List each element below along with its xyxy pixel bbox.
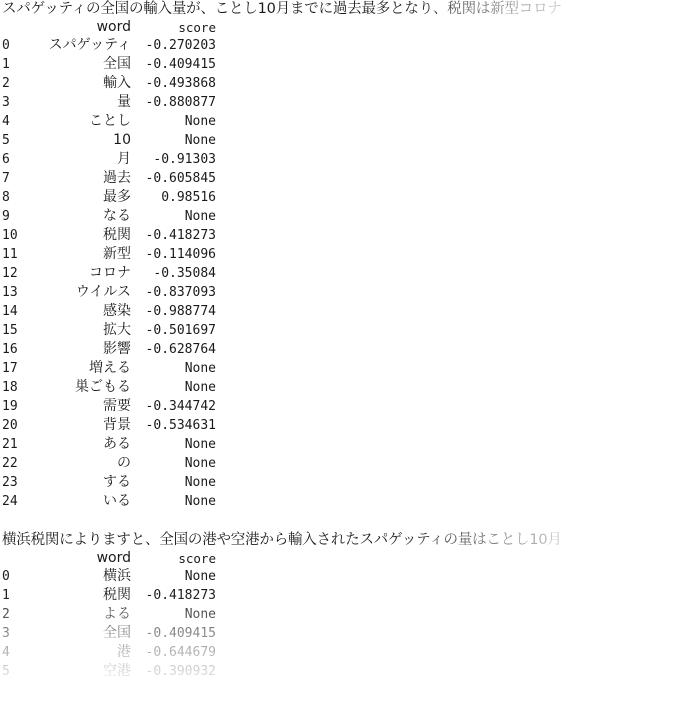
sentence-block-1: スパゲッティの全国の輸入量が、ことし10月までに過去最多となり、税関は新型コロナ… [0,0,680,511]
row-index: 3 [2,624,32,643]
table-row: 6月-0.91303 [0,150,680,169]
table-row: 15拡大-0.501697 [0,321,680,340]
score-cell: -0.270203 [146,36,216,55]
score-cell: -0.35084 [153,264,216,283]
table-row: 3全国-0.409415 [0,624,680,643]
table-row: 4港-0.644679 [0,643,680,662]
word-cell: 影響 [103,340,131,359]
word-cell: ウイルス [76,283,131,302]
row-index: 5 [2,131,32,150]
score-cell: -0.605845 [146,169,216,188]
table-row: 13ウイルス-0.837093 [0,283,680,302]
table-row: 22のNone [0,454,680,473]
table-row: 0スパゲッティ-0.270203 [0,36,680,55]
table-row: 0横浜None [0,567,680,586]
row-index: 22 [2,454,32,473]
row-index: 18 [2,378,32,397]
table-row: 12コロナ-0.35084 [0,264,680,283]
table-body: 0スパゲッティ-0.2702031全国-0.4094152輸入-0.493868… [0,36,680,511]
table-row: 510None [0,131,680,150]
row-index: 23 [2,473,32,492]
score-cell: None [185,112,216,131]
score-cell: None [185,567,216,586]
sentence-block-2: 横浜税関によりますと、全国の港や空港から輸入されたスパゲッティの量はことし10月… [0,531,680,681]
row-index: 0 [2,567,32,586]
column-header-word: word [97,19,131,36]
row-index: 8 [2,188,32,207]
score-cell: -0.91303 [153,150,216,169]
table-body: 0横浜None1税関-0.4182732よるNone3全国-0.4094154港… [0,567,680,681]
table-row: 14感染-0.988774 [0,302,680,321]
row-index: 2 [2,74,32,93]
row-index: 1 [2,55,32,74]
word-cell: 税関 [103,226,131,245]
score-cell: None [185,454,216,473]
row-index: 4 [2,112,32,131]
table-row: 19需要-0.344742 [0,397,680,416]
word-cell: 背景 [103,416,131,435]
word-cell: スパゲッティ [49,36,131,55]
word-cell: 需要 [103,397,131,416]
word-cell: 巣ごもる [75,378,131,397]
table-row: 1全国-0.409415 [0,55,680,74]
table-row: 17増えるNone [0,359,680,378]
row-index: 3 [2,93,32,112]
score-cell: None [185,435,216,454]
score-cell: None [185,359,216,378]
score-cell: -0.418273 [146,586,216,605]
score-cell: -0.988774 [146,302,216,321]
column-header-score: score [178,550,216,567]
table-header: word score [0,550,680,567]
score-cell: -0.628764 [146,340,216,359]
word-cell: よる [103,605,131,624]
word-cell: コロナ [89,264,131,283]
row-index: 10 [2,226,32,245]
row-index: 2 [2,605,32,624]
row-index: 1 [2,586,32,605]
word-cell: 月 [117,150,131,169]
word-cell: 10 [113,131,131,150]
score-cell: -0.418273 [146,226,216,245]
table-row: 7過去-0.605845 [0,169,680,188]
score-cell: None [185,605,216,624]
score-cell: None [185,131,216,150]
word-cell: 全国 [103,55,131,74]
table-header: word score [0,19,680,36]
word-cell: 新型 [103,245,131,264]
score-cell: -0.344742 [146,397,216,416]
word-cell: ある [103,435,131,454]
table-row: 10税関-0.418273 [0,226,680,245]
row-index: 16 [2,340,32,359]
table-row: 11新型-0.114096 [0,245,680,264]
word-cell: 税関 [103,586,131,605]
row-index: 11 [2,245,32,264]
score-cell: 0.98516 [161,188,216,207]
table-row: 5空港-0.390932 [0,662,680,681]
table-row: 20背景-0.534631 [0,416,680,435]
score-cell: -0.880877 [146,93,216,112]
word-cell: 過去 [103,169,131,188]
word-cell: いる [103,492,131,511]
score-cell: None [185,207,216,226]
row-index: 14 [2,302,32,321]
word-cell: 最多 [103,188,131,207]
row-index: 7 [2,169,32,188]
table-row: 8最多0.98516 [0,188,680,207]
word-cell: 横浜 [103,567,131,586]
row-index: 6 [2,150,32,169]
word-cell: ことし [89,112,131,131]
row-index: 13 [2,283,32,302]
table-row: 2よるNone [0,605,680,624]
score-cell: -0.409415 [146,624,216,643]
word-cell: する [103,473,131,492]
score-cell: -0.837093 [146,283,216,302]
row-index: 9 [2,207,32,226]
score-cell: -0.501697 [146,321,216,340]
row-index: 21 [2,435,32,454]
score-cell: None [185,378,216,397]
table-row: 3量-0.880877 [0,93,680,112]
table-row: 2輸入-0.493868 [0,74,680,93]
score-cell: -0.534631 [146,416,216,435]
table-row: 23するNone [0,473,680,492]
table-row: 21あるNone [0,435,680,454]
table-row: 1税関-0.418273 [0,586,680,605]
row-index: 20 [2,416,32,435]
table-row: 16影響-0.628764 [0,340,680,359]
word-cell: の [117,454,131,473]
row-index: 12 [2,264,32,283]
score-cell: -0.493868 [146,74,216,93]
word-cell: なる [103,207,131,226]
row-index: 15 [2,321,32,340]
row-index: 19 [2,397,32,416]
column-header-score: score [178,19,216,36]
score-cell: None [185,473,216,492]
row-index: 4 [2,643,32,662]
word-cell: 空港 [103,662,131,681]
word-cell: 輸入 [103,74,131,93]
row-index: 17 [2,359,32,378]
row-index: 24 [2,492,32,511]
table-row: 9なるNone [0,207,680,226]
word-cell: 全国 [103,624,131,643]
score-cell: None [185,492,216,511]
table-row: 4ことしNone [0,112,680,131]
score-cell: -0.644679 [146,643,216,662]
word-cell: 量 [117,93,131,112]
row-index: 5 [2,662,32,681]
score-cell: -0.390932 [146,662,216,681]
word-cell: 拡大 [103,321,131,340]
table-row: 18巣ごもるNone [0,378,680,397]
word-cell: 港 [117,643,131,662]
score-cell: -0.114096 [146,245,216,264]
score-cell: -0.409415 [146,55,216,74]
notebook-output: スパゲッティの全国の輸入量が、ことし10月までに過去最多となり、税関は新型コロナ… [0,0,680,681]
sentence-text: 横浜税関によりますと、全国の港や空港から輸入されたスパゲッティの量はことし10月 [0,531,680,550]
table-row: 24いるNone [0,492,680,511]
word-cell: 増える [89,359,131,378]
sentence-text: スパゲッティの全国の輸入量が、ことし10月までに過去最多となり、税関は新型コロナ [0,0,680,19]
column-header-word: word [97,550,131,567]
row-index: 0 [2,36,32,55]
word-cell: 感染 [103,302,131,321]
